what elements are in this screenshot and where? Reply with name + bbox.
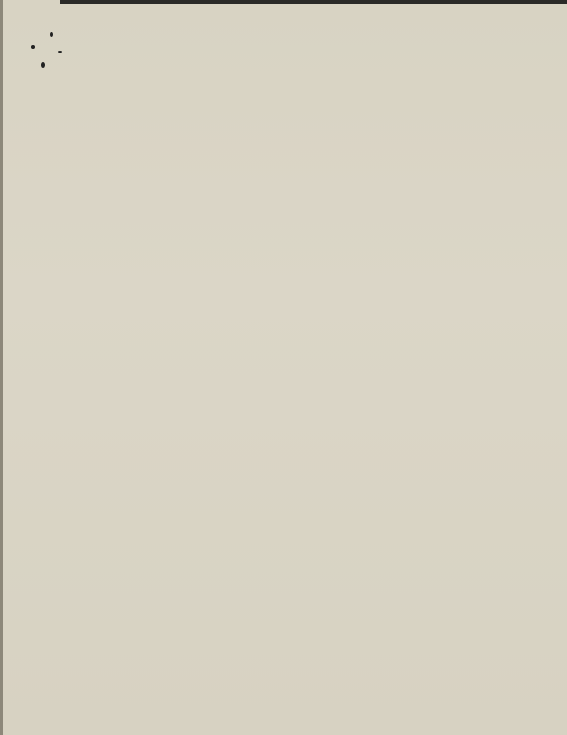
- ink-speck: [50, 32, 53, 37]
- ink-speck: [58, 51, 62, 53]
- document-page: [0, 0, 567, 735]
- ink-speck: [41, 62, 45, 68]
- scan-top-edge: [60, 0, 567, 4]
- scan-left-edge: [0, 0, 3, 735]
- ink-speck: [31, 45, 35, 49]
